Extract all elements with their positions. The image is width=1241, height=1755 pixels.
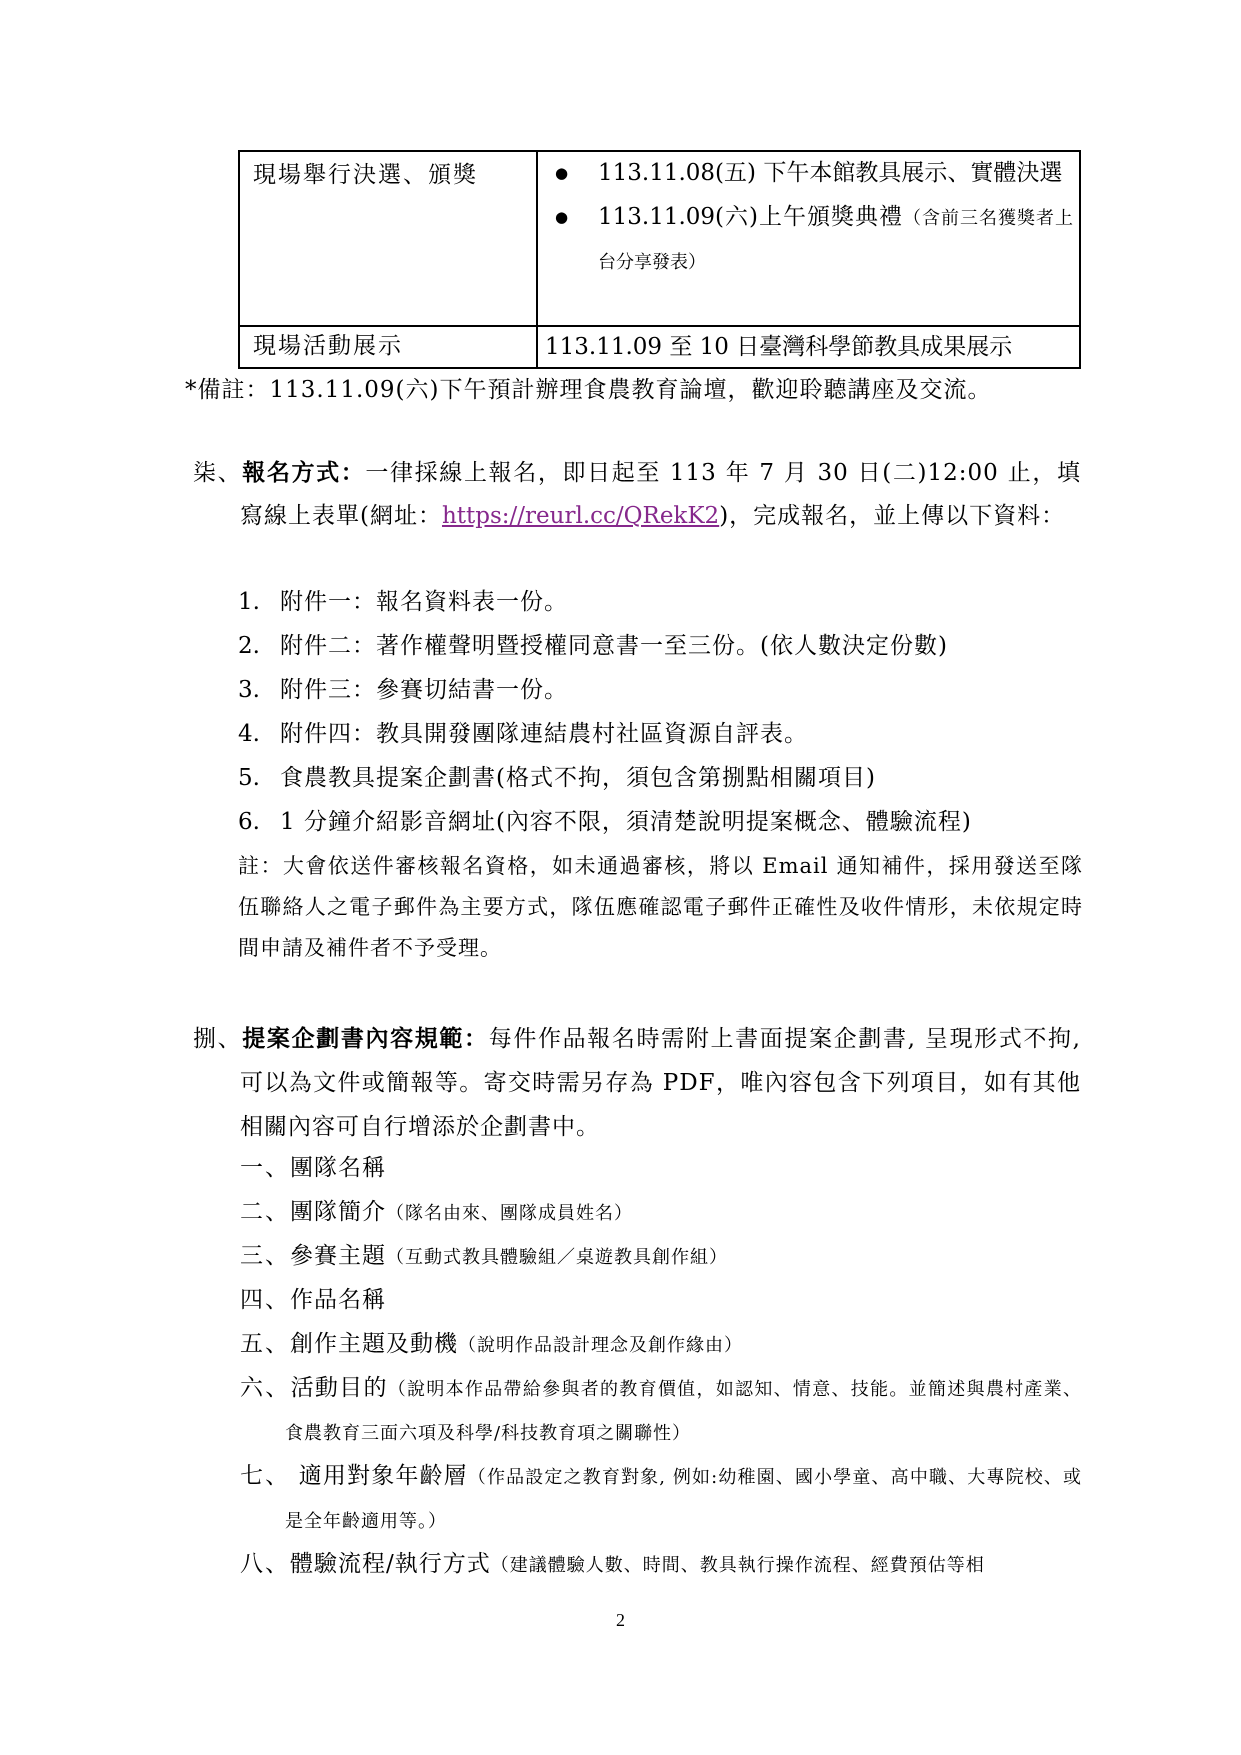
list-item-number: 四、 xyxy=(240,1287,290,1313)
list-item-number: 3. xyxy=(238,668,280,712)
list-item-text: 參賽主題 xyxy=(290,1243,386,1269)
row-label-cell: 現場活動展示 xyxy=(239,326,537,368)
list-item-text: 創作主題及動機 xyxy=(290,1331,458,1357)
bullet-main-text: 113.11.09(六)上午頒獎典禮 xyxy=(598,204,903,230)
list-item: 3. 附件三：參賽切結書一份。 xyxy=(238,668,1081,712)
list-item-number: 1. xyxy=(238,580,280,624)
section-8-proposal-rules: 捌、提案企劃書內容規範：每件作品報名時需附上書面提案企劃書, 呈現形式不拘, 可… xyxy=(240,1017,1081,1149)
row-content-cell: 113.11.09 至 10 日臺灣科學節教具成果展示 xyxy=(537,326,1080,368)
list-item-text: 附件二：著作權聲明暨授權同意書一至三份。(依人數決定份數) xyxy=(280,624,1081,668)
row-label-cell: 現場舉行決選、頒獎 xyxy=(239,151,537,326)
list-item: 四、作品名稱 xyxy=(285,1279,1082,1323)
section-7-text-after-link: )，完成報名，並上傳以下資料： xyxy=(719,503,1065,529)
page-number: 2 xyxy=(0,1607,1241,1633)
list-item-note: （隊名由來、團隊成員姓名） xyxy=(386,1203,633,1224)
list-item-text: 附件一：報名資料表一份。 xyxy=(280,580,1081,624)
bullet-text: 113.11.09(六)上午頒獎典禮（含前三名獲獎者上台分享發表） xyxy=(598,196,1079,284)
list-item: 二、團隊簡介（隊名由來、團隊成員姓名） xyxy=(285,1191,1082,1235)
section-8-title: 提案企劃書內容規範： xyxy=(242,1025,488,1052)
table-row: 現場舉行決選、頒獎 ● 113.11.08(五) 下午本館教具展示、實體決選 ●… xyxy=(239,151,1080,326)
row-label: 現場舉行決選、頒獎 xyxy=(253,162,478,188)
list-item: 三、參賽主題（互動式教具體驗組／桌遊教具創作組） xyxy=(285,1235,1082,1279)
row-content-text: 113.11.09 至 10 日臺灣科學節教具成果展示 xyxy=(538,327,1079,367)
registration-link[interactable]: https://reurl.cc/QRekK2 xyxy=(442,503,719,529)
bullet-item: ● 113.11.08(五) 下午本館教具展示、實體決選 xyxy=(538,152,1079,196)
document-page: 現場舉行決選、頒獎 ● 113.11.08(五) 下午本館教具展示、實體決選 ●… xyxy=(0,0,1241,1755)
bullet-icon: ● xyxy=(538,152,598,196)
bullet-text: 113.11.08(五) 下午本館教具展示、實體決選 xyxy=(598,152,1079,196)
list-item-text: 體驗流程/執行方式 xyxy=(290,1551,491,1577)
schedule-table: 現場舉行決選、頒獎 ● 113.11.08(五) 下午本館教具展示、實體決選 ●… xyxy=(238,150,1081,369)
list-item-number: 一、 xyxy=(240,1155,290,1181)
section-7-title: 報名方式： xyxy=(242,459,365,486)
list-item-number: 6. xyxy=(238,800,280,844)
bullet-icon: ● xyxy=(538,196,598,284)
list-item: 2. 附件二：著作權聲明暨授權同意書一至三份。(依人數決定份數) xyxy=(238,624,1081,668)
list-item-note: （建議體驗人數、時間、教具執行操作流程、經費預估等相 xyxy=(491,1555,985,1576)
bullet-item: ● 113.11.09(六)上午頒獎典禮（含前三名獲獎者上台分享發表） xyxy=(538,196,1079,284)
list-item: 五、創作主題及動機（說明作品設計理念及創作緣由） xyxy=(285,1323,1082,1367)
list-item-number: 七、 xyxy=(240,1463,290,1489)
list-item-number: 2. xyxy=(238,624,280,668)
list-item: 1. 附件一：報名資料表一份。 xyxy=(238,580,1081,624)
list-item-number: 六、 xyxy=(240,1375,291,1401)
list-item: 6. 1 分鐘介紹影音網址(內容不限，須清楚說明提案概念、體驗流程) xyxy=(238,800,1081,844)
attachment-list: 1. 附件一：報名資料表一份。 2. 附件二：著作權聲明暨授權同意書一至三份。(… xyxy=(238,580,1081,844)
list-item-text: 食農教具提案企劃書(格式不拘，須包含第捌點相關項目) xyxy=(280,756,1081,800)
list-item: 六、活動目的（說明本作品帶給參與者的教育價值，如認知、情意、技能。並簡述與農村產… xyxy=(285,1367,1082,1455)
list-item-text: 作品名稱 xyxy=(290,1287,386,1313)
list-item-text: 1 分鐘介紹影音網址(內容不限，須清楚說明提案概念、體驗流程) xyxy=(280,800,1081,844)
list-item-number: 八、 xyxy=(240,1551,290,1577)
list-item-number: 5. xyxy=(238,756,280,800)
table-row: 現場活動展示 113.11.09 至 10 日臺灣科學節教具成果展示 xyxy=(239,326,1080,368)
list-item-text: 活動目的 xyxy=(291,1375,388,1401)
list-item: 八、體驗流程/執行方式（建議體驗人數、時間、教具執行操作流程、經費預估等相 xyxy=(285,1543,1082,1587)
list-item: 5. 食農教具提案企劃書(格式不拘，須包含第捌點相關項目) xyxy=(238,756,1081,800)
list-item-note: （說明作品設計理念及創作緣由） xyxy=(458,1335,743,1356)
list-item: 七、 適用對象年齡層（作品設定之教育對象, 例如:幼稚園、國小學童、高中職、大專… xyxy=(285,1455,1082,1543)
list-item: 一、團隊名稱 xyxy=(285,1147,1082,1191)
list-item-number: 二、 xyxy=(240,1199,290,1225)
section-7-registration: 柒、報名方式：一律採線上報名，即日起至 113 年 7 月 30 日(二)12:… xyxy=(240,451,1081,538)
proposal-item-list: 一、團隊名稱 二、團隊簡介（隊名由來、團隊成員姓名） 三、參賽主題（互動式教具體… xyxy=(285,1147,1082,1587)
review-remark: 註：大會依送件審核報名資格，如未通過審核，將以 Email 通知補件，採用發送至… xyxy=(238,846,1083,969)
list-item-text: 附件四：教具開發團隊連結農村社區資源自評表。 xyxy=(280,712,1081,756)
list-item-text: 團隊簡介 xyxy=(290,1199,386,1225)
table-footnote: *備註：113.11.09(六)下午預計辦理食農教育論壇，歡迎聆聽講座及交流。 xyxy=(185,372,992,408)
list-item-number: 五、 xyxy=(240,1331,290,1357)
list-item-note: （互動式教具體驗組／桌遊教具創作組） xyxy=(386,1247,728,1268)
section-8-label: 捌、 xyxy=(193,1026,242,1052)
section-7-label: 柒、 xyxy=(193,460,242,486)
row-content-cell: ● 113.11.08(五) 下午本館教具展示、實體決選 ● 113.11.09… xyxy=(537,151,1080,326)
list-item-text: 團隊名稱 xyxy=(290,1155,386,1181)
bullet-main-text: 113.11.08(五) 下午本館教具展示、實體決選 xyxy=(598,160,1062,186)
list-item-number: 三、 xyxy=(240,1243,290,1269)
list-item: 4. 附件四：教具開發團隊連結農村社區資源自評表。 xyxy=(238,712,1081,756)
list-item-note: （說明本作品帶給參與者的教育價值，如認知、情意、技能。並簡述與農村產業、食農教育… xyxy=(285,1379,1082,1444)
list-item-text: 適用對象年齡層 xyxy=(290,1463,468,1489)
list-item-text: 附件三：參賽切結書一份。 xyxy=(280,668,1081,712)
row-label: 現場活動展示 xyxy=(253,333,403,359)
list-item-number: 4. xyxy=(238,712,280,756)
